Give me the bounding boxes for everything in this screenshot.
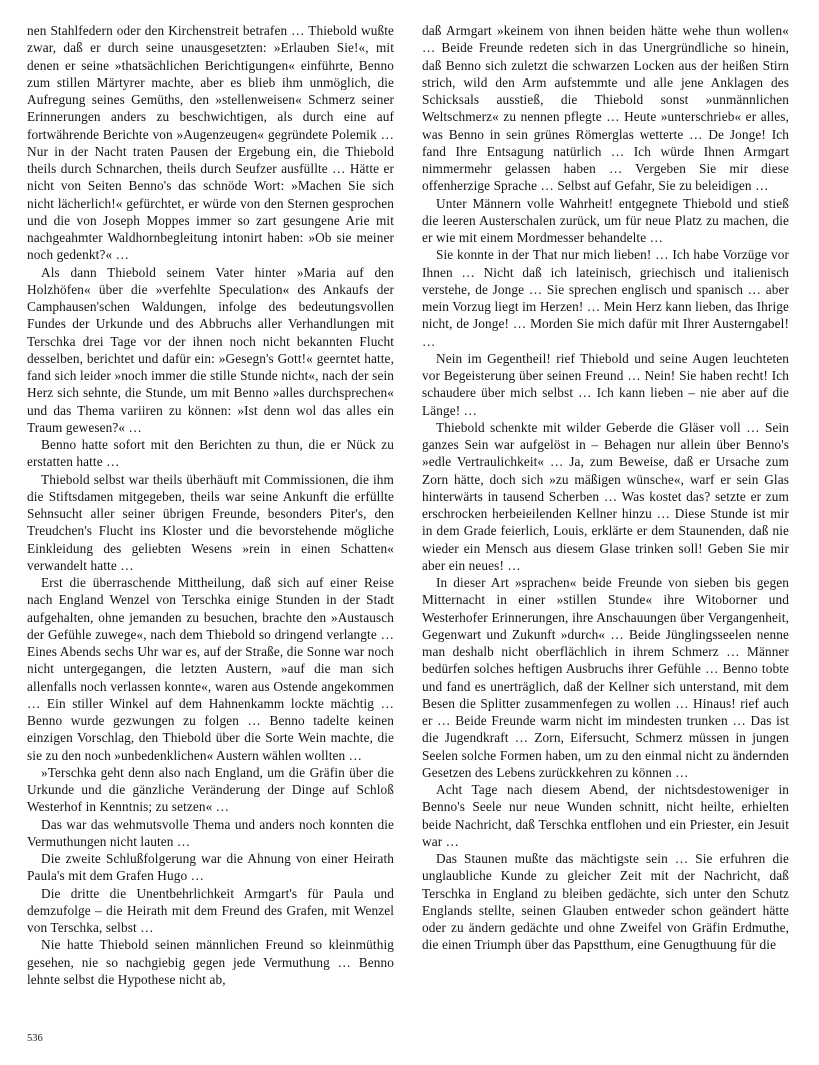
paragraph: Thiebold schenkte mit wilder Geberde die… (422, 419, 789, 574)
book-page: nen Stahlfedern oder den Kirchenstreit b… (0, 0, 819, 1065)
paragraph: Nie hatte Thiebold seinen männlichen Fre… (27, 936, 394, 988)
paragraph: Nein im Gegentheil! rief Thiebold und se… (422, 350, 789, 419)
paragraph: daß Armgart »keinem von ihnen beiden hät… (422, 22, 789, 195)
paragraph: Unter Männern volle Wahrheit! entgegnete… (422, 195, 789, 247)
paragraph: Die dritte die Unentbehrlichkeit Armgart… (27, 885, 394, 937)
paragraph: »Terschka geht denn also nach England, u… (27, 764, 394, 816)
paragraph: nen Stahlfedern oder den Kirchenstreit b… (27, 22, 394, 264)
paragraph: Als dann Thiebold seinem Vater hinter »M… (27, 264, 394, 437)
text-column-left: nen Stahlfedern oder den Kirchenstreit b… (27, 22, 394, 988)
paragraph: Das war das wehmutsvolle Thema und ander… (27, 816, 394, 851)
paragraph: Benno hatte sofort mit den Berichten zu … (27, 436, 394, 471)
text-columns: nen Stahlfedern oder den Kirchenstreit b… (27, 22, 789, 988)
paragraph: Erst die überraschende Mittheilung, daß … (27, 574, 394, 764)
paragraph: Acht Tage nach diesem Abend, der nichtsd… (422, 781, 789, 850)
paragraph: Sie konnte in der That nur mich lieben! … (422, 246, 789, 350)
text-column-right: daß Armgart »keinem von ihnen beiden hät… (422, 22, 789, 988)
paragraph: Das Staunen mußte das mächtigste sein … … (422, 850, 789, 954)
page-number: 536 (27, 1033, 43, 1045)
paragraph: In dieser Art »sprachen« beide Freunde v… (422, 574, 789, 781)
paragraph: Die zweite Schlußfolgerung war die Ahnun… (27, 850, 394, 885)
paragraph: Thiebold selbst war theils überhäuft mit… (27, 471, 394, 575)
